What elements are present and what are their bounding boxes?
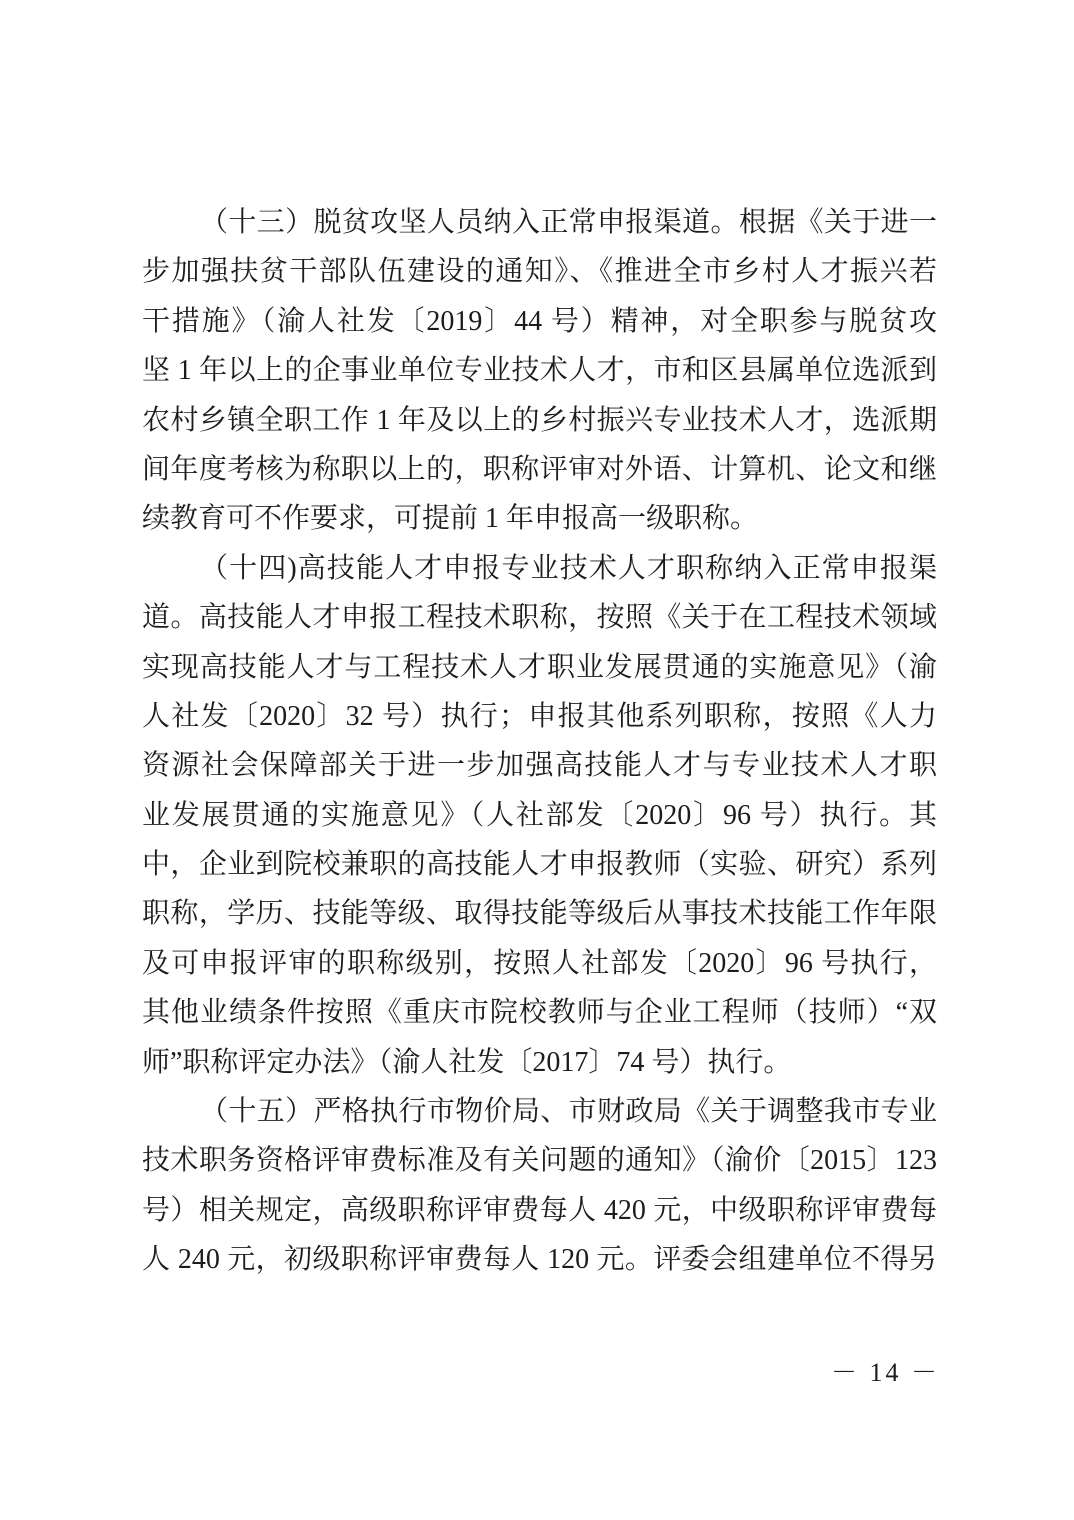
doc-line: 资源社会保障部关于进一步加强高技能人才与专业技术人才职 bbox=[142, 741, 937, 790]
doc-line: 间年度考核为称职以上的，职称评审对外语、计算机、论文和继 bbox=[142, 445, 937, 494]
doc-line: 其他业绩条件按照《重庆市院校教师与企业工程师（技师）“双 bbox=[142, 988, 937, 1037]
doc-line: 人 240 元，初级职称评审费每人 120 元。评委会组建单位不得另 bbox=[142, 1235, 937, 1284]
doc-line: 人社发〔2020〕32 号）执行；申报其他系列职称，按照《人力 bbox=[142, 692, 937, 741]
doc-line: 实现高技能人才与工程技术人才职业发展贯通的实施意见》（渝 bbox=[142, 643, 937, 692]
doc-line: （十三）脱贫攻坚人员纳入正常申报渠道。根据《关于进一 bbox=[142, 198, 937, 247]
paragraph-item-13: （十三）脱贫攻坚人员纳入正常申报渠道。根据《关于进一 步加强扶贫干部队伍建设的通… bbox=[142, 198, 937, 544]
doc-line: 干措施》（渝人社发〔2019〕44 号）精神，对全职参与脱贫攻 bbox=[142, 297, 937, 346]
paragraph-item-14: （十四)高技能人才申报专业技术人才职称纳入正常申报渠 道。高技能人才申报工程技术… bbox=[142, 544, 937, 1087]
doc-line: 号）相关规定，高级职称评审费每人 420 元，中级职称评审费每 bbox=[142, 1186, 937, 1235]
doc-line: 坚 1 年以上的企事业单位专业技术人才，市和区县属单位选派到 bbox=[142, 346, 937, 395]
doc-line: （十四)高技能人才申报专业技术人才职称纳入正常申报渠 bbox=[142, 544, 937, 593]
doc-line: 农村乡镇全职工作 1 年及以上的乡村振兴专业技术人才，选派期 bbox=[142, 396, 937, 445]
doc-line: 及可申报评审的职称级别，按照人社部发〔2020〕96 号执行， bbox=[142, 939, 937, 988]
doc-line: 步加强扶贫干部队伍建设的通知》、《推进全市乡村人才振兴若 bbox=[142, 247, 937, 296]
paragraph-item-15: （十五）严格执行市物价局、市财政局《关于调整我市专业 技术职务资格评审费标准及有… bbox=[142, 1087, 937, 1285]
document-page: （十三）脱贫攻坚人员纳入正常申报渠道。根据《关于进一 步加强扶贫干部队伍建设的通… bbox=[0, 0, 1074, 1520]
doc-line: 中，企业到院校兼职的高技能人才申报教师（实验、研究）系列 bbox=[142, 840, 937, 889]
document-body: （十三）脱贫攻坚人员纳入正常申报渠道。根据《关于进一 步加强扶贫干部队伍建设的通… bbox=[142, 198, 937, 1285]
doc-line: 师”职称评定办法》（渝人社发〔2017〕74 号）执行。 bbox=[142, 1038, 937, 1087]
doc-line: 技术职务资格评审费标准及有关问题的通知》（渝价〔2015〕123 bbox=[142, 1136, 937, 1185]
doc-line: 业发展贯通的实施意见》（人社部发〔2020〕96 号）执行。其 bbox=[142, 791, 937, 840]
doc-line: 续教育可不作要求，可提前 1 年申报高一级职称。 bbox=[142, 494, 937, 543]
page-number: － 14 － bbox=[831, 1352, 940, 1389]
doc-line: 职称，学历、技能等级、取得技能等级后从事技术技能工作年限 bbox=[142, 889, 937, 938]
doc-line: （十五）严格执行市物价局、市财政局《关于调整我市专业 bbox=[142, 1087, 937, 1136]
doc-line: 道。高技能人才申报工程技术职称，按照《关于在工程技术领域 bbox=[142, 593, 937, 642]
